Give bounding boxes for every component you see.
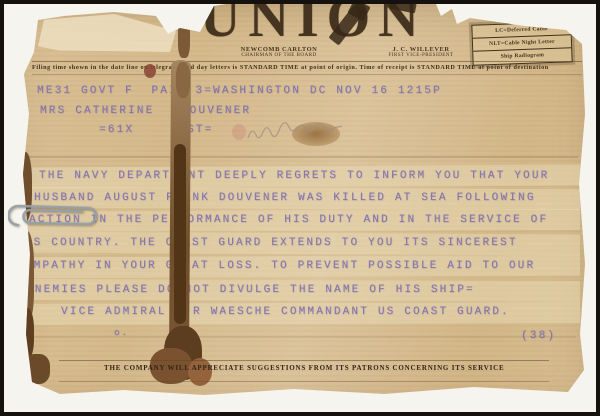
official-title: FIRST VICE-PRESIDENT [356, 53, 486, 59]
header-rule [32, 61, 582, 62]
paperclip [8, 198, 108, 236]
pencil-scribble [244, 120, 344, 148]
edge-damage [24, 354, 50, 384]
footer-notice: THE COMPANY WILL APPRECIATE SUGGESTIONS … [104, 364, 504, 372]
message-line: SYMPATHY IN YOUR GREAT LOSS. TO PREVENT … [16, 260, 535, 272]
header-rule [32, 74, 582, 75]
footer-rule [59, 381, 549, 382]
edge-damage [18, 308, 34, 360]
symbols-box: LC=Deferred Cable NLT=Cable Night Letter… [471, 21, 572, 65]
message-line: ENEMIES PLEASE DO NOT DIVULGE THE NAME O… [26, 284, 475, 296]
official-title: CHAIRMAN OF THE BOARD [209, 53, 349, 59]
addressee-line: MRS CATHERINE DOUVENER [40, 105, 251, 117]
standard-time-notice: Filing time shown in the date line on te… [32, 64, 582, 71]
check-line: =61X ST= [99, 124, 213, 136]
fold-crease [28, 336, 576, 338]
tear-stain [174, 144, 186, 324]
routing-line: ME31 GOVT F PAID 3=WASHINGTON DC NOV 16 … [37, 85, 442, 97]
torn-light-patch [32, 14, 182, 52]
message-line: HIS COUNTRY. THE COAST GUARD EXTENDS TO … [16, 237, 518, 249]
official-name-block: NEWCOMB CARLTON CHAIRMAN OF THE BOARD [209, 46, 349, 59]
footer-rule [59, 360, 549, 361]
telegram-photo: UNION NEWCOMB CARLTON CHAIRMAN OF THE BO… [0, 0, 600, 416]
ink-stain [144, 64, 156, 78]
tear-stain [176, 62, 190, 98]
signature-line: VICE ADMIRAL R R WAESCHE COMMANDANT US C… [61, 306, 510, 318]
message-line: THE NAVY DEPARTMENT DEEPLY REGRETS TO IN… [39, 170, 549, 182]
message-line: HUSBAND AUGUST FRANK DOUVENER WAS KILLED… [34, 192, 536, 204]
official-name-block: J. C. WILLEVER FIRST VICE-PRESIDENT [356, 46, 486, 59]
fold-crease [28, 156, 578, 158]
tear-stain [178, 18, 190, 58]
